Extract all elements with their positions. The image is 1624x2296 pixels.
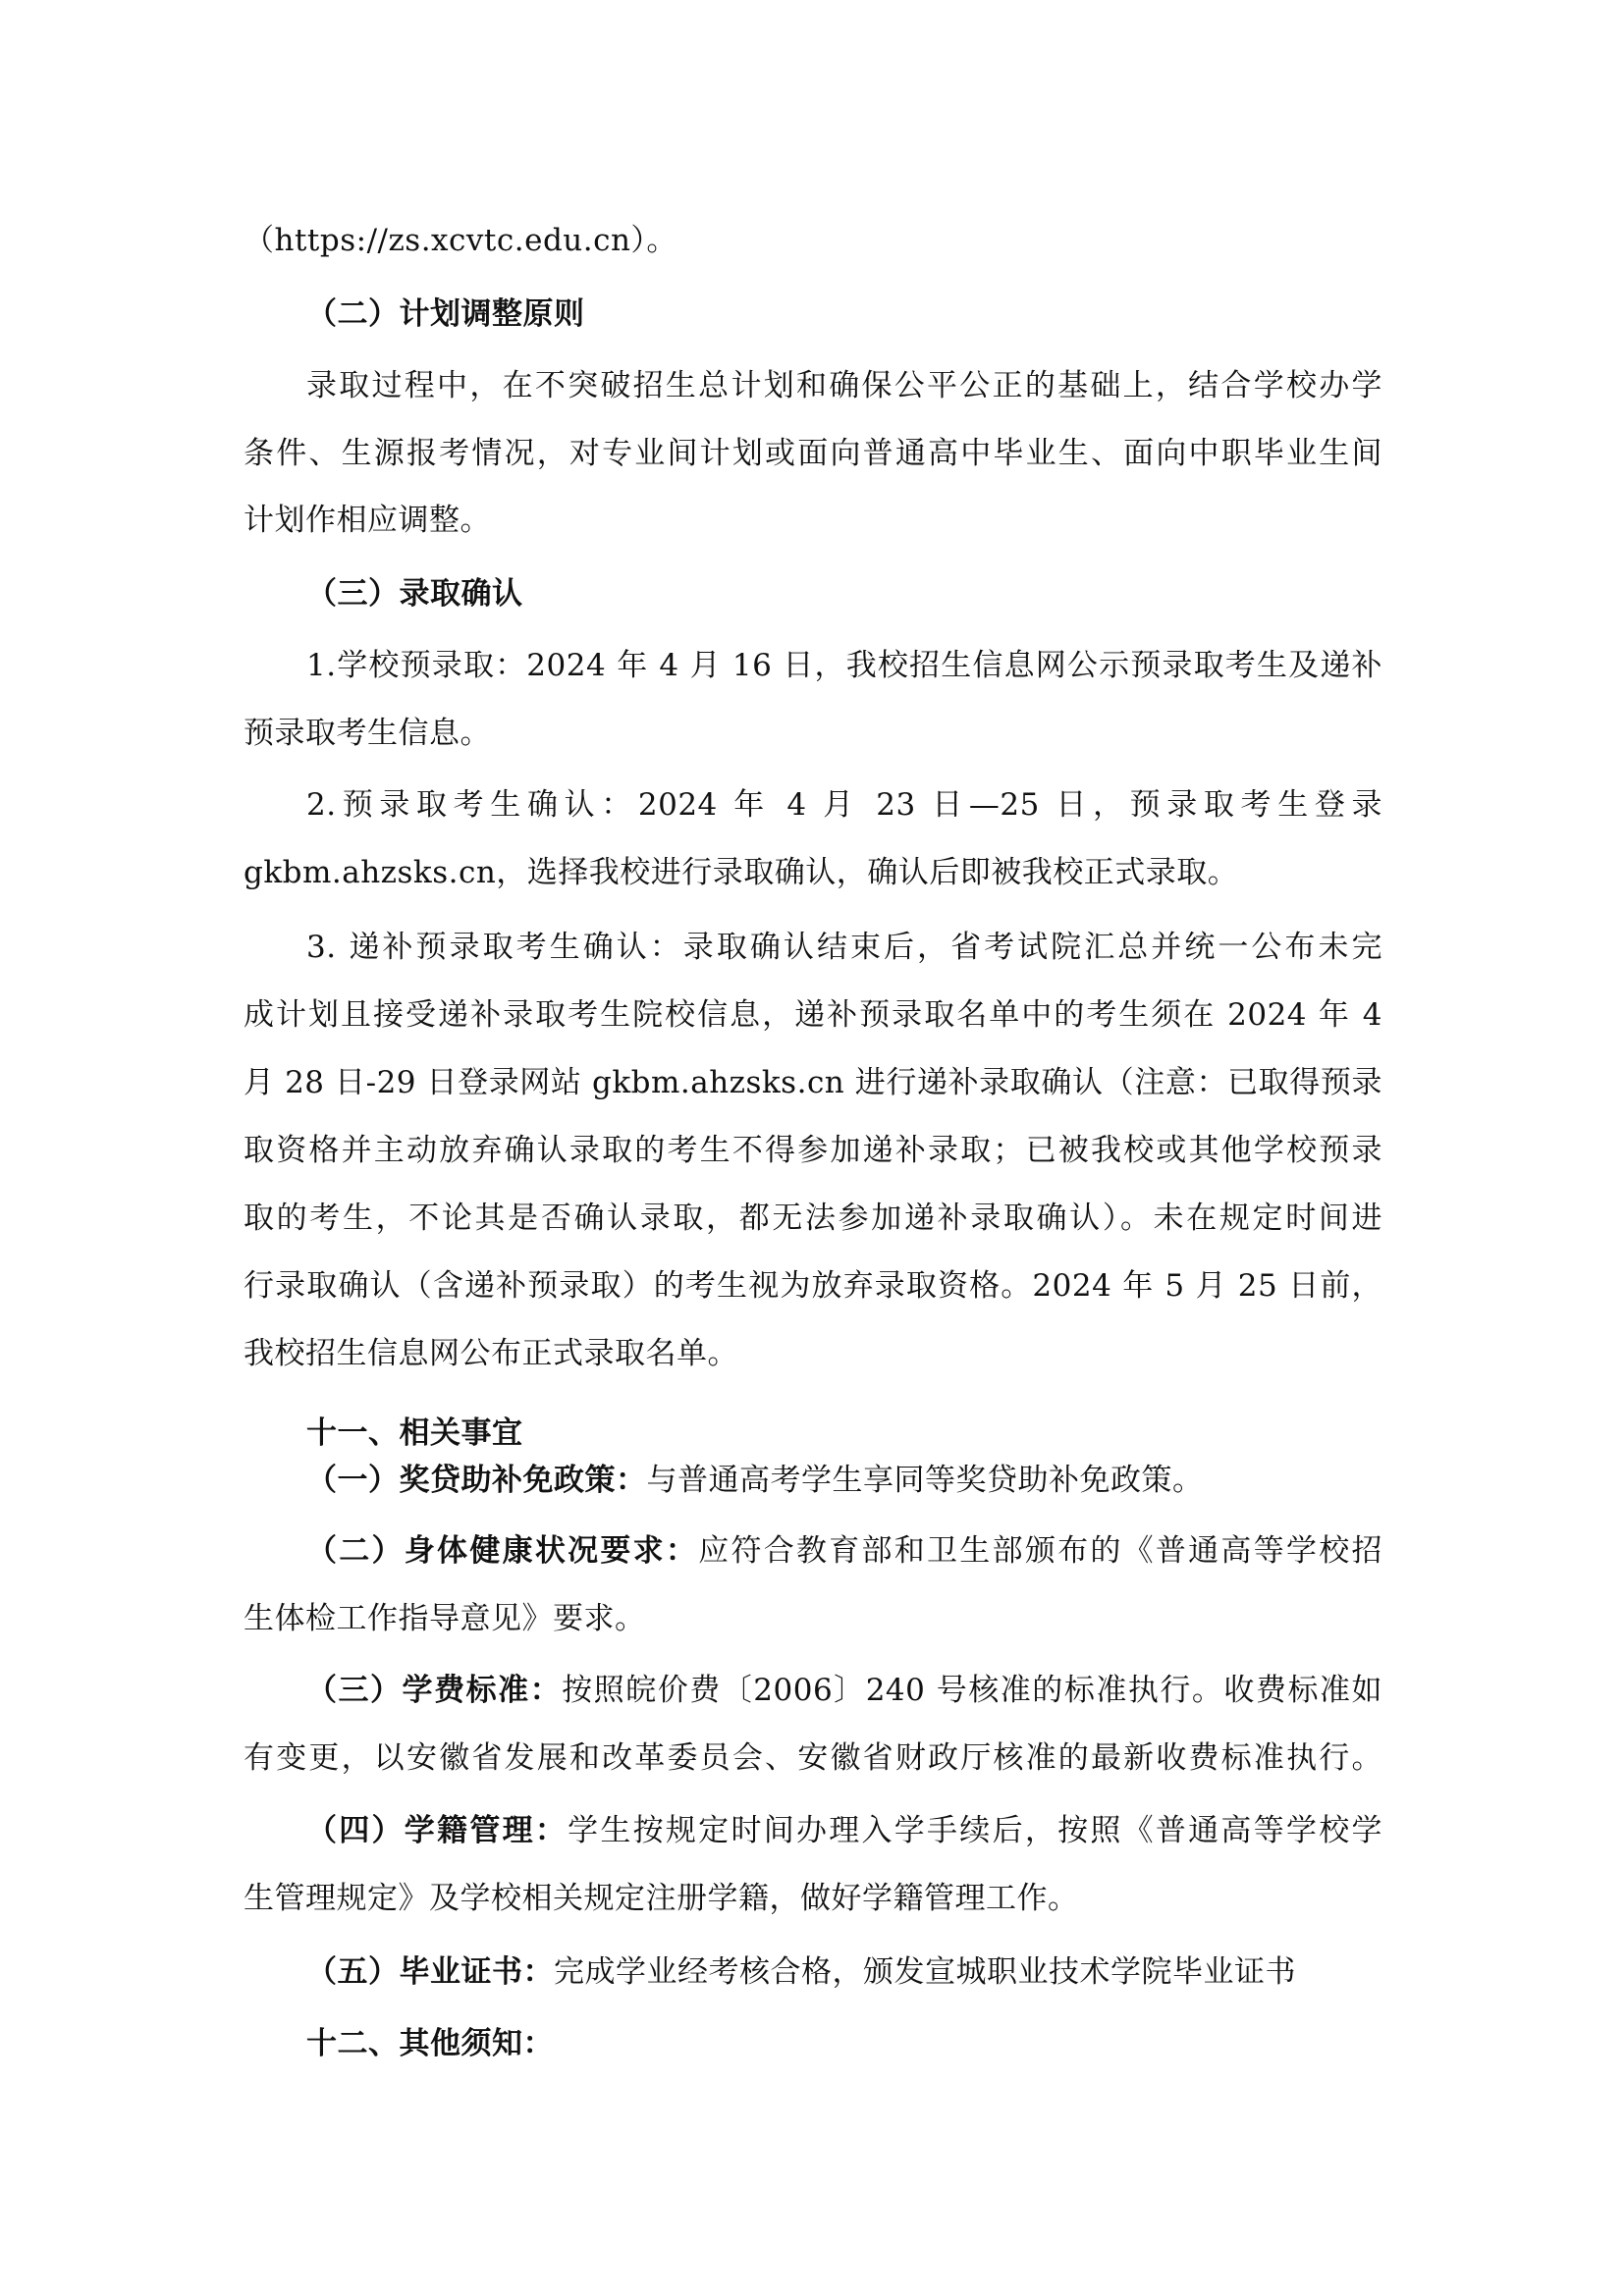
item-text: 完成学业经考核合格，颁发宣城职业技术学院毕业证书 (554, 1954, 1296, 1990)
paragraph-line: 录取过程中，在不突破招生总计划和确保公平公正的基础上，结合学校办学 (306, 366, 1382, 405)
paragraph-line: 条件、生源报考情况，对专业间计划或面向普通高中毕业生、面向中职毕业生间 (244, 434, 1382, 473)
paragraph-line: 行录取确认（含递补预录取）的考生视为放弃录取资格。2024 年 5 月 25 日… (244, 1266, 1382, 1306)
section-11-item-3: （三）学费标准：按照皖价费〔2006〕240 号核准的标准执行。收费标准如 (306, 1671, 1382, 1710)
paragraph-line: 取资格并主动放弃确认录取的考生不得参加递补录取；已被我校或其他学校预录 (244, 1131, 1382, 1170)
paragraph-line: 有变更，以安徽省发展和改革委员会、安徽省财政厅核准的最新收费标准执行。 (244, 1738, 1382, 1778)
section-11-item-2: （二）身体健康状况要求：应符合教育部和卫生部颁布的《普通高等学校招 (306, 1531, 1382, 1571)
heading-plan-adjustment: （二）计划调整原则 (306, 294, 1445, 334)
section-11-item-4: （四）学籍管理：学生按规定时间办理入学手续后，按照《普通高等学校学 (306, 1811, 1382, 1850)
section-12-title: 十二、其他须知： (306, 2024, 1445, 2063)
heading-admission-confirmation: （三）录取确认 (306, 574, 1445, 614)
document-page: （https://zs.xcvtc.edu.cn）。 （二）计划调整原则 录取过… (0, 0, 1624, 2296)
paragraph-line: 成计划且接受递补录取考生院校信息，递补预录取名单中的考生须在 2024 年 4 (244, 995, 1382, 1035)
item-label: （五）毕业证书： (306, 1954, 554, 1990)
paragraph-line: 月 28 日-29 日登录网站 gkbm.ahzsks.cn 进行递补录取确认（… (244, 1063, 1382, 1102)
paragraph-line: 预录取考生信息。 (244, 714, 1382, 753)
item-text: 按照皖价费〔2006〕240 号核准的标准执行。收费标准如 (562, 1673, 1382, 1708)
paragraph-line: 计划作相应调整。 (244, 501, 1382, 540)
item-label: （三）学费标准： (306, 1673, 562, 1708)
item-text: 应符合教育部和卫生部颁布的《普通高等学校招 (698, 1533, 1382, 1569)
paragraph-line: 我校招生信息网公布正式录取名单。 (244, 1334, 1382, 1373)
item-text: 与普通高考学生享同等奖贷助补免政策。 (647, 1463, 1204, 1498)
item-label: （四）学籍管理： (306, 1813, 568, 1848)
item-label: （二）身体健康状况要求： (306, 1533, 698, 1569)
paragraph-line: 1.学校预录取：2024 年 4 月 16 日，我校招生信息网公示预录取考生及递… (306, 646, 1382, 685)
paragraph-line: gkbm.ahzsks.cn，选择我校进行录取确认，确认后即被我校正式录取。 (244, 853, 1382, 892)
paragraph-line: 生体检工作指导意见》要求。 (244, 1599, 1382, 1638)
paragraph-line: 3. 递补预录取考生确认：录取确认结束后，省考试院汇总并统一公布未完 (306, 928, 1382, 967)
section-11-title: 十一、相关事宜 (306, 1414, 1445, 1453)
section-11-item-5: （五）毕业证书：完成学业经考核合格，颁发宣城职业技术学院毕业证书 (306, 1952, 1445, 1992)
item-label: （一）奖贷助补免政策： (306, 1463, 647, 1498)
item-text: 学生按规定时间办理入学手续后，按照《普通高等学校学 (568, 1813, 1382, 1848)
admissions-url-line: （https://zs.xcvtc.edu.cn）。 (244, 221, 1382, 260)
paragraph-line: 2.预录取考生确认：2024 年 4 月 23 日—25 日，预录取考生登录 (306, 785, 1382, 825)
section-11-item-1: （一）奖贷助补免政策：与普通高考学生享同等奖贷助补免政策。 (306, 1461, 1445, 1500)
paragraph-line: 生管理规定》及学校相关规定注册学籍，做好学籍管理工作。 (244, 1879, 1382, 1918)
paragraph-line: 取的考生，不论其是否确认录取，都无法参加递补录取确认）。未在规定时间进 (244, 1199, 1382, 1238)
